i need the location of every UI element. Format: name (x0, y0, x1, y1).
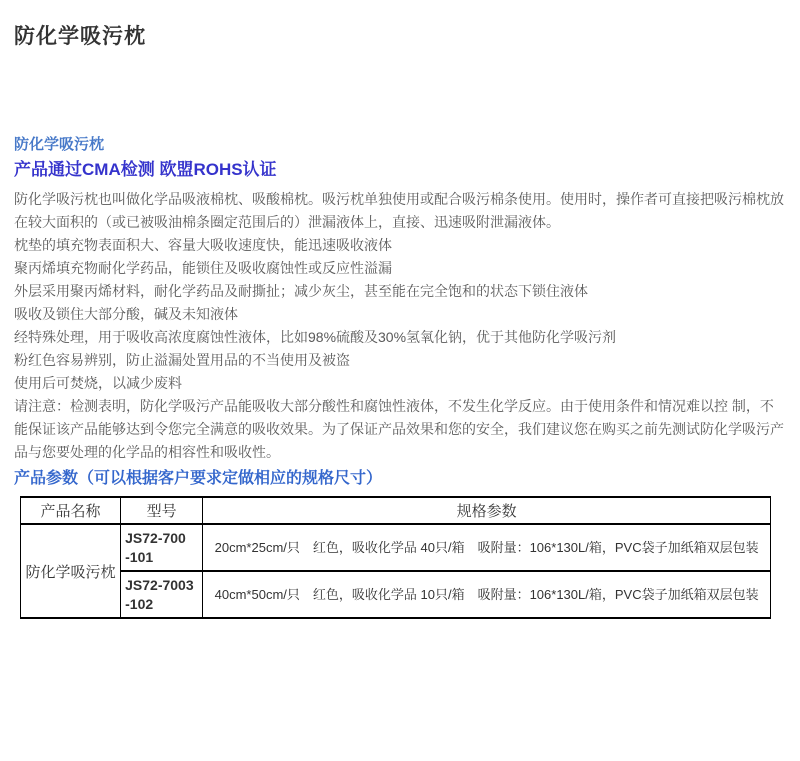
table-row: JS72-7003 -102 40cm*50cm/只 红色，吸收化学品 10只/… (21, 571, 771, 618)
feature-line: 聚丙烯填充物耐化学药品，能锁住及吸收腐蚀性或反应性溢漏 (14, 257, 786, 280)
feature-line: 使用后可焚烧，以减少废料 (14, 372, 786, 395)
table-row: 防化学吸污枕 JS72-700 -101 20cm*25cm/只 红色，吸收化学… (21, 524, 771, 571)
spec-table: 产品名称 型号 规格参数 防化学吸污枕 JS72-700 -101 20cm*2… (20, 496, 771, 619)
product-document: 防化学吸污枕 防化学吸污枕 产品通过CMA检测 欧盟ROHS认证 防化学吸污枕也… (0, 24, 800, 619)
col-header-product-name: 产品名称 (21, 497, 121, 524)
product-subtitle: 防化学吸污枕 (14, 137, 786, 153)
col-header-model: 型号 (121, 497, 203, 524)
feature-line: 枕垫的填充物表面积大、容量大吸收速度快，能迅速吸收液体 (14, 234, 786, 257)
product-name-cell: 防化学吸污枕 (21, 524, 121, 618)
notice-paragraph: 请注意：检测表明，防化学吸污产品能吸收大部分酸性和腐蚀性液体，不发生化学反应。由… (14, 395, 786, 464)
model-cell: JS72-700 -101 (121, 524, 203, 571)
col-header-spec: 规格参数 (203, 497, 771, 524)
intro-paragraph: 防化学吸污枕也叫做化学品吸液棉枕、吸酸棉枕。吸污枕单独使用或配合吸污棉条使用。使… (14, 188, 786, 234)
feature-line: 粉红色容易辨别，防止溢漏处置用品的不当使用及被盗 (14, 349, 786, 372)
params-heading: 产品参数（可以根据客户要求定做相应的规格尺寸） (14, 469, 786, 488)
certification-heading: 产品通过CMA检测 欧盟ROHS认证 (14, 160, 786, 179)
spec-cell: 20cm*25cm/只 红色，吸收化学品 40只/箱 吸附量：106*130L/… (203, 524, 771, 571)
feature-line: 吸收及锁住大部分酸，碱及未知液体 (14, 303, 786, 326)
model-cell: JS72-7003 -102 (121, 571, 203, 618)
page-title: 防化学吸污枕 (14, 24, 786, 49)
table-header-row: 产品名称 型号 规格参数 (21, 497, 771, 524)
feature-line: 外层采用聚丙烯材料，耐化学药品及耐撕扯；减少灰尘，甚至能在完全饱和的状态下锁住液… (14, 280, 786, 303)
spec-cell: 40cm*50cm/只 红色，吸收化学品 10只/箱 吸附量：106*130L/… (203, 571, 771, 618)
feature-line: 经特殊处理，用于吸收高浓度腐蚀性液体，比如98%硫酸及30%氢氧化钠，优于其他防… (14, 326, 786, 349)
